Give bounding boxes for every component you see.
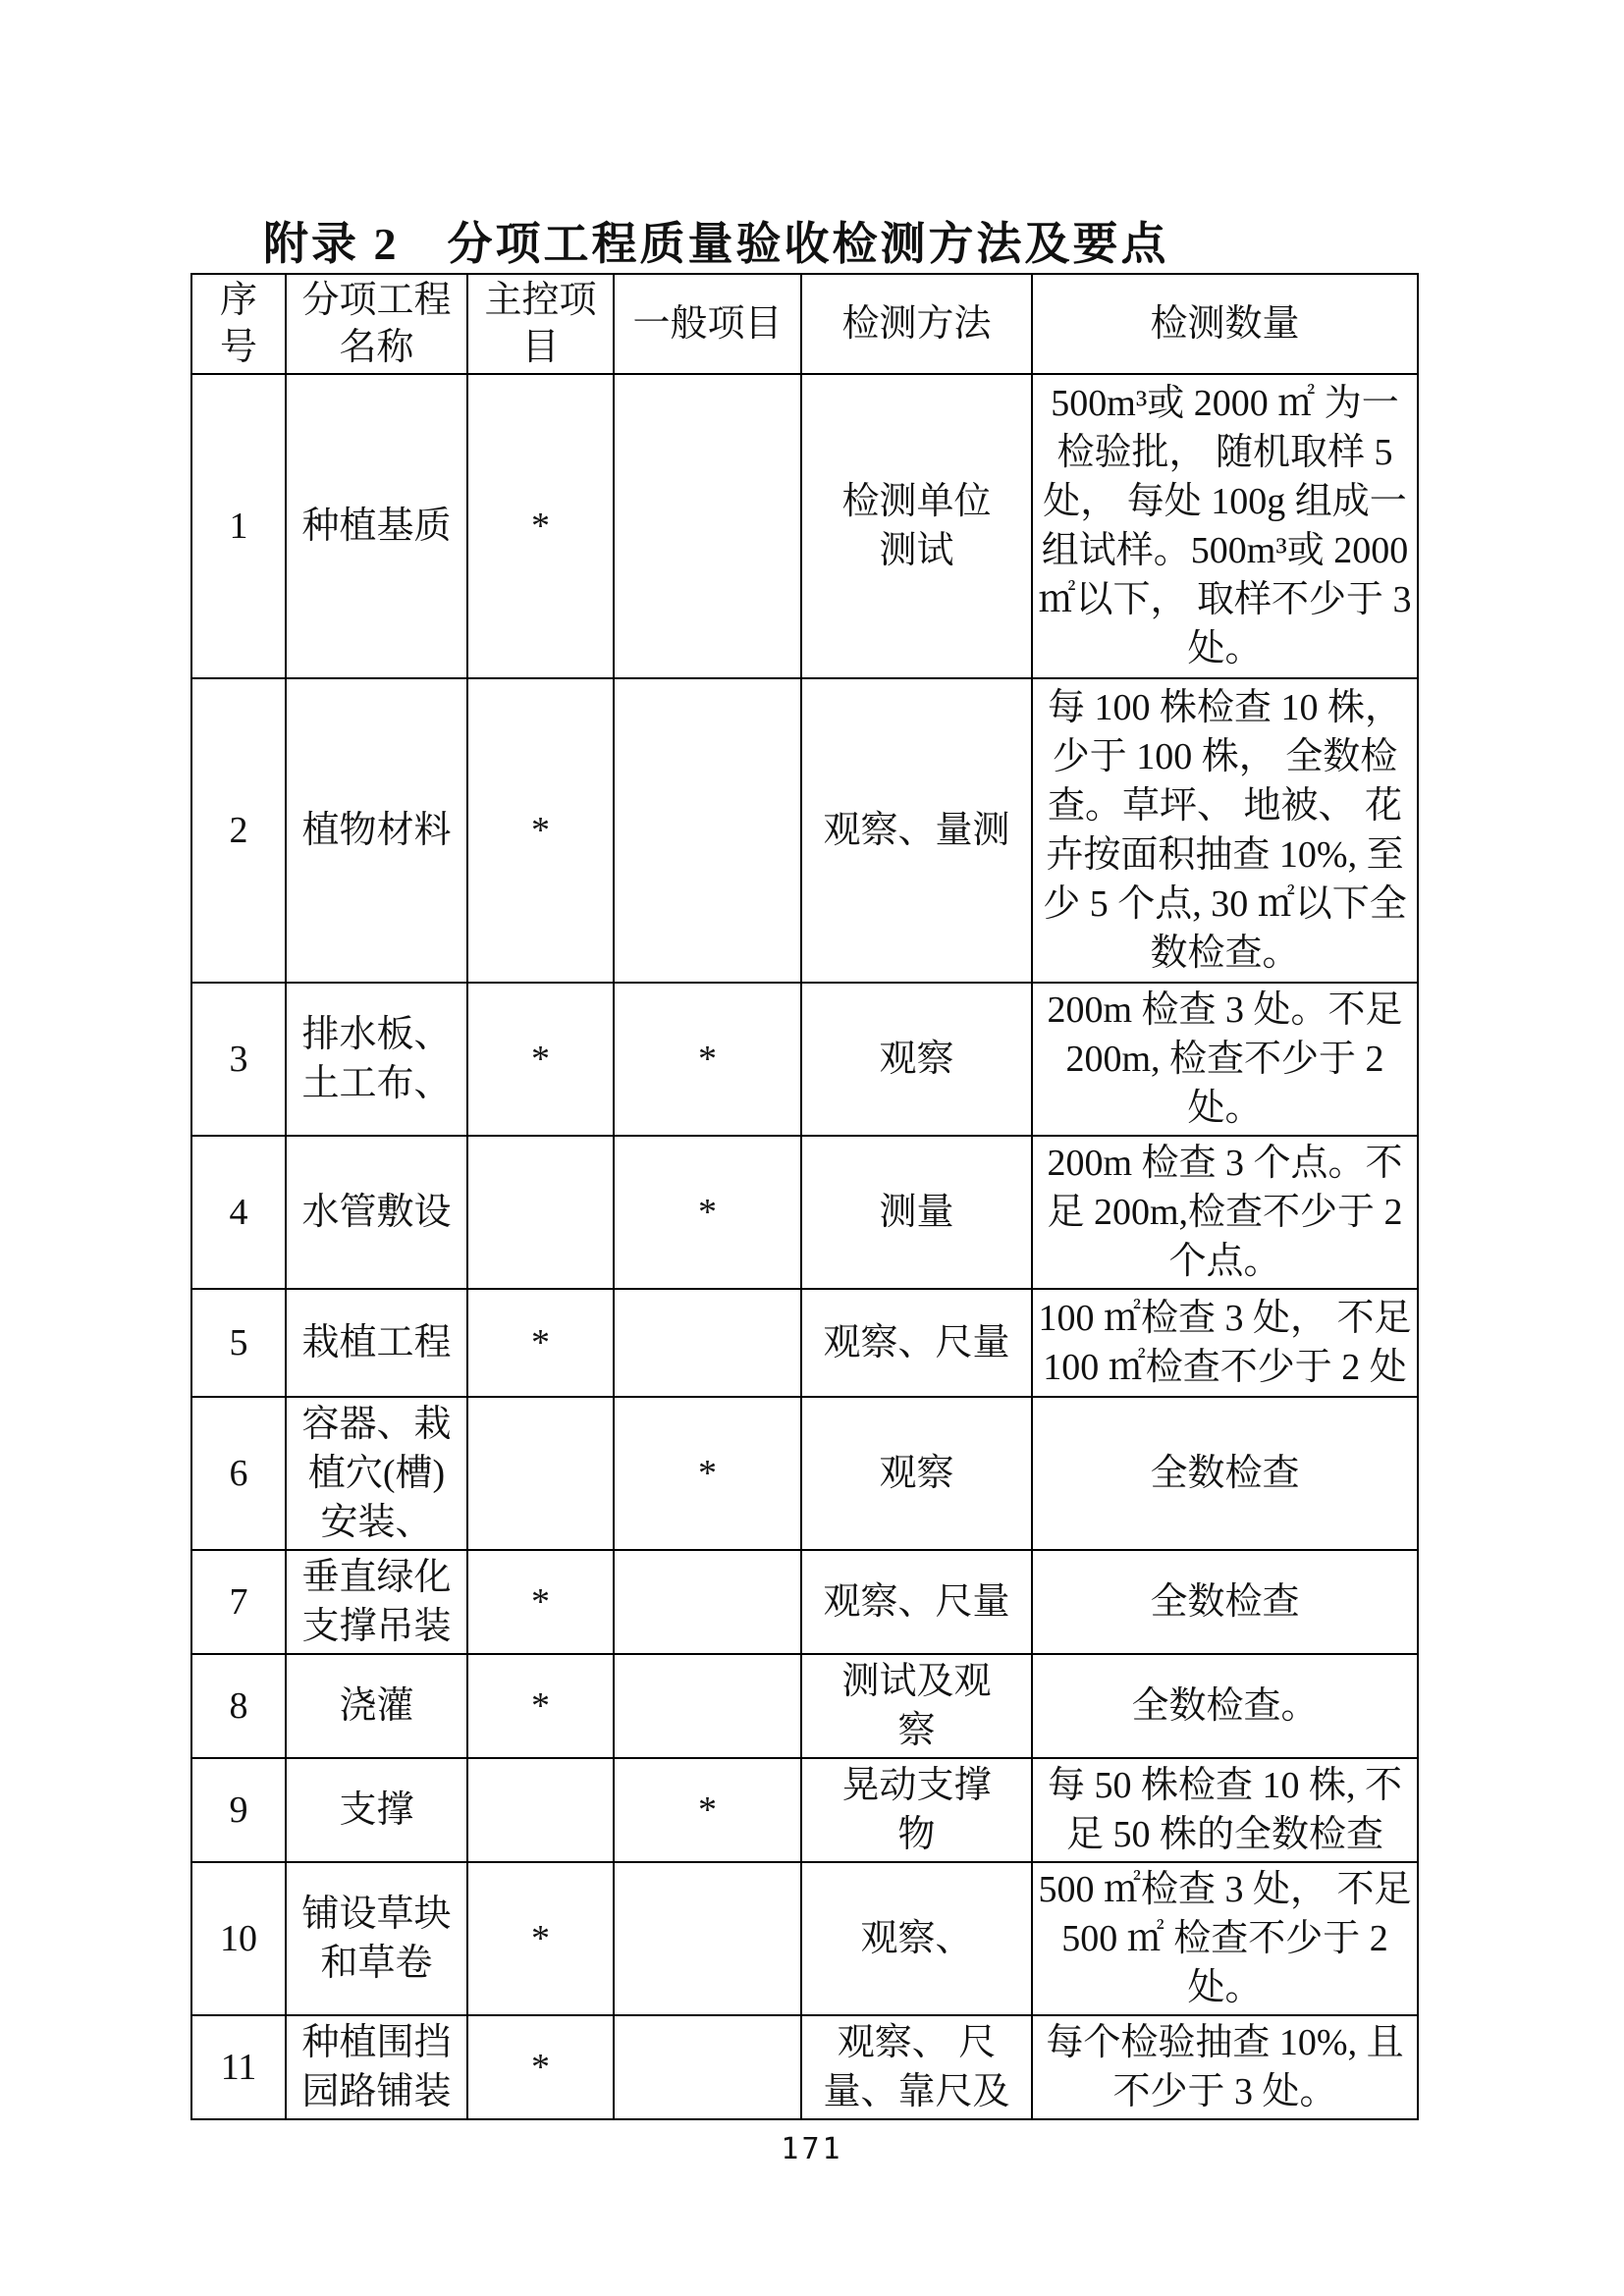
cell-serial: 5 <box>191 1289 286 1397</box>
cell-serial: 6 <box>191 1397 286 1550</box>
table-row: 3 排水板、 土工布、 * * 观察 200m 检查 3 处。不足 200m, … <box>191 983 1418 1136</box>
cell-quantity: 全数检查 <box>1032 1397 1418 1550</box>
col-header-serial: 序 号 <box>191 274 286 374</box>
cell-method: 观察、尺量 <box>801 1550 1032 1654</box>
col-header-name: 分项工程 名称 <box>286 274 467 374</box>
cell-quantity: 每 100 株检查 10 株，少于 100 株， 全数检查。草坪、 地被、 花卉… <box>1032 678 1418 983</box>
cell-general <box>614 1654 801 1758</box>
cell-general: * <box>614 1136 801 1289</box>
cell-main-control <box>467 1136 614 1289</box>
cell-main-control <box>467 1758 614 1862</box>
cell-name: 浇灌 <box>286 1654 467 1758</box>
col-header-general: 一般项目 <box>614 274 801 374</box>
cell-method: 观察、量测 <box>801 678 1032 983</box>
cell-method: 检测单位 测试 <box>801 374 1032 678</box>
cell-general: * <box>614 983 801 1136</box>
cell-serial: 8 <box>191 1654 286 1758</box>
table-row: 7 垂直绿化 支撑吊装 * 观察、尺量 全数检查 <box>191 1550 1418 1654</box>
cell-quantity: 200m 检查 3 处。不足 200m, 检查不少于 2 处。 <box>1032 983 1418 1136</box>
cell-main-control: * <box>467 374 614 678</box>
table-row: 10 铺设草块 和草卷 * 观察、 500 ㎡检查 3 处， 不足 500 ㎡ … <box>191 1862 1418 2015</box>
cell-general <box>614 1862 801 2015</box>
cell-method: 观察、 <box>801 1862 1032 2015</box>
cell-general <box>614 678 801 983</box>
cell-general: * <box>614 1758 801 1862</box>
cell-name: 容器、栽 植穴(槽) 安装、 <box>286 1397 467 1550</box>
cell-general <box>614 1289 801 1397</box>
table-row: 11 种植围挡 园路铺装 * 观察、 尺 量、靠尺及 每个检验抽查 10%, 且… <box>191 2015 1418 2119</box>
cell-method: 观察 <box>801 983 1032 1136</box>
cell-name: 排水板、 土工布、 <box>286 983 467 1136</box>
cell-main-control: * <box>467 678 614 983</box>
cell-quantity: 100 ㎡检查 3 处， 不足 100 ㎡检查不少于 2 处 <box>1032 1289 1418 1397</box>
cell-general <box>614 374 801 678</box>
cell-main-control: * <box>467 2015 614 2119</box>
cell-main-control <box>467 1397 614 1550</box>
cell-general: * <box>614 1397 801 1550</box>
table-row: 9 支撑 * 晃动支撑 物 每 50 株检查 10 株, 不足 50 株的全数检… <box>191 1758 1418 1862</box>
cell-serial: 4 <box>191 1136 286 1289</box>
cell-quantity: 全数检查。 <box>1032 1654 1418 1758</box>
cell-quantity: 500 ㎡检查 3 处， 不足 500 ㎡ 检查不少于 2 处。 <box>1032 1862 1418 2015</box>
page-number: 171 <box>0 2132 1624 2166</box>
cell-method: 测试及观 察 <box>801 1654 1032 1758</box>
col-header-main-control: 主控项 目 <box>467 274 614 374</box>
cell-general <box>614 1550 801 1654</box>
cell-serial: 11 <box>191 2015 286 2119</box>
cell-quantity: 全数检查 <box>1032 1550 1418 1654</box>
cell-serial: 7 <box>191 1550 286 1654</box>
cell-quantity: 200m 检查 3 个点。不足 200m,检查不少于 2 个点。 <box>1032 1136 1418 1289</box>
cell-serial: 10 <box>191 1862 286 2015</box>
cell-serial: 9 <box>191 1758 286 1862</box>
cell-name: 种植围挡 园路铺装 <box>286 2015 467 2119</box>
cell-quantity: 每 50 株检查 10 株, 不足 50 株的全数检查 <box>1032 1758 1418 1862</box>
cell-main-control: * <box>467 1289 614 1397</box>
cell-name: 水管敷设 <box>286 1136 467 1289</box>
cell-serial: 3 <box>191 983 286 1136</box>
cell-method: 测量 <box>801 1136 1032 1289</box>
cell-general <box>614 2015 801 2119</box>
table-row: 8 浇灌 * 测试及观 察 全数检查。 <box>191 1654 1418 1758</box>
cell-name: 垂直绿化 支撑吊装 <box>286 1550 467 1654</box>
cell-name: 植物材料 <box>286 678 467 983</box>
table-row: 5 栽植工程 * 观察、尺量 100 ㎡检查 3 处， 不足 100 ㎡检查不少… <box>191 1289 1418 1397</box>
cell-name: 栽植工程 <box>286 1289 467 1397</box>
table-row: 2 植物材料 * 观察、量测 每 100 株检查 10 株，少于 100 株， … <box>191 678 1418 983</box>
cell-serial: 2 <box>191 678 286 983</box>
cell-quantity: 500m³或 2000 ㎡ 为一检验批， 随机取样 5 处， 每处 100g 组… <box>1032 374 1418 678</box>
col-header-quantity: 检测数量 <box>1032 274 1418 374</box>
table-header-row: 序 号 分项工程 名称 主控项 目 一般项目 检测方法 检测数量 <box>191 274 1418 374</box>
cell-main-control: * <box>467 1862 614 2015</box>
cell-main-control: * <box>467 1654 614 1758</box>
table-row: 4 水管敷设 * 测量 200m 检查 3 个点。不足 200m,检查不少于 2… <box>191 1136 1418 1289</box>
cell-main-control: * <box>467 983 614 1136</box>
cell-name: 种植基质 <box>286 374 467 678</box>
cell-method: 观察、尺量 <box>801 1289 1032 1397</box>
cell-name: 铺设草块 和草卷 <box>286 1862 467 2015</box>
cell-method: 观察 <box>801 1397 1032 1550</box>
cell-quantity: 每个检验抽查 10%, 且不少于 3 处。 <box>1032 2015 1418 2119</box>
document-page: 附录 2 分项工程质量验收检测方法及要点 序 号 分项工程 名称 主控项 目 一… <box>0 0 1624 2296</box>
cell-main-control: * <box>467 1550 614 1654</box>
col-header-method: 检测方法 <box>801 274 1032 374</box>
cell-serial: 1 <box>191 374 286 678</box>
cell-method: 晃动支撑 物 <box>801 1758 1032 1862</box>
inspection-table: 序 号 分项工程 名称 主控项 目 一般项目 检测方法 检测数量 1 种植基质 … <box>190 273 1419 2120</box>
table-row: 6 容器、栽 植穴(槽) 安装、 * 观察 全数检查 <box>191 1397 1418 1550</box>
page-title: 附录 2 分项工程质量验收检测方法及要点 <box>263 208 1169 273</box>
table-row: 1 种植基质 * 检测单位 测试 500m³或 2000 ㎡ 为一检验批， 随机… <box>191 374 1418 678</box>
cell-method: 观察、 尺 量、靠尺及 <box>801 2015 1032 2119</box>
cell-name: 支撑 <box>286 1758 467 1862</box>
